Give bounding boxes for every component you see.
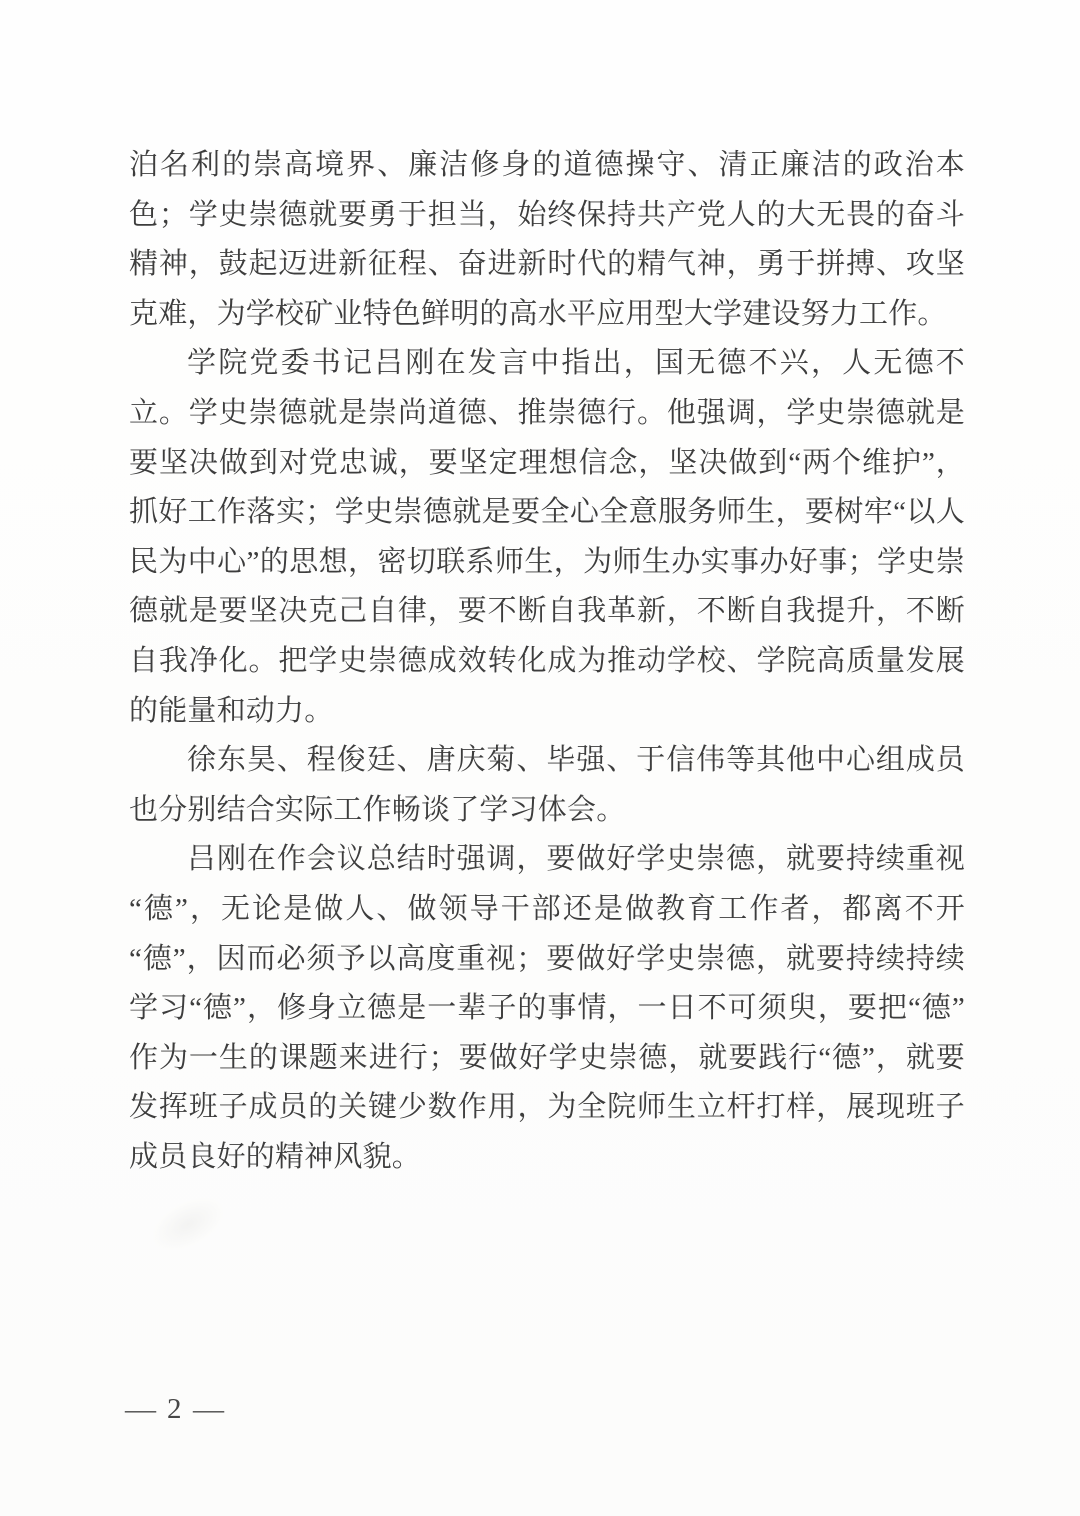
document-page: 泊名利的崇高境界、廉洁修身的道德操守、清正廉洁的政治本色；学史崇德就要勇于担当，… [0,0,1080,1516]
page-footer: — 2 — [127,1394,222,1424]
footer-left-dash: — [125,1394,156,1424]
document-body: 泊名利的崇高境界、廉洁修身的道德操守、清正廉洁的政治本色；学史崇德就要勇于担当，… [129,141,965,1182]
scan-artifact-smudge [142,1186,233,1262]
paragraph-speech-lvgang: 学院党委书记吕刚在发言中指出，国无德不兴，人无德不立。学史崇德就是崇尚道德、推崇… [129,339,965,736]
page-number: 2 [167,1394,182,1424]
footer-right-dash: — [192,1394,223,1424]
paragraph-continuation: 泊名利的崇高境界、廉洁修身的道德操守、清正廉洁的政治本色；学史崇德就要勇于担当，… [129,141,965,339]
paragraph-summary: 吕刚在作会议总结时强调，要做好学史崇德，就要持续重视“德”，无论是做人、做领导干… [129,835,965,1182]
paragraph-other-members: 徐东昊、程俊廷、唐庆菊、毕强、于信伟等其他中心组成员也分别结合实际工作畅谈了学习… [129,736,965,835]
